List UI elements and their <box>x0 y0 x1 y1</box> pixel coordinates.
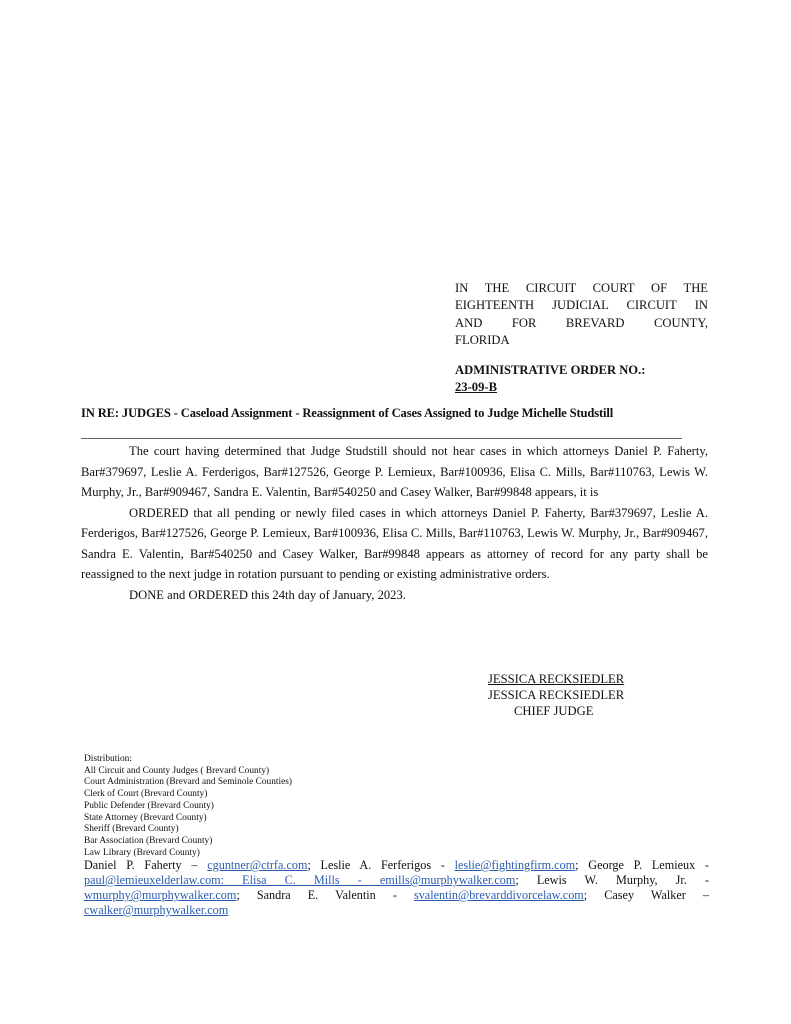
distribution-item: Sheriff (Brevard County) <box>84 824 292 836</box>
distribution-item: Clerk of Court (Brevard County) <box>84 789 292 801</box>
distribution-heading: Distribution: <box>84 754 292 766</box>
distribution-item: Court Administration (Brevard and Semino… <box>84 777 292 789</box>
contact-text: ; Casey Walker – <box>584 888 709 902</box>
court-caption: IN THE CIRCUIT COURT OF THE EIGHTEENTH J… <box>455 280 708 349</box>
signature-block: JESSICA RECKSIEDLER JESSICA RECKSIEDLER … <box>488 671 624 719</box>
order-label: ADMINISTRATIVE ORDER NO.: <box>455 363 645 377</box>
email-link-faherty[interactable]: cguntner@ctrfa.com <box>207 858 307 872</box>
email-link-murphy[interactable]: wmurphy@murphywalker.com <box>84 888 236 902</box>
in-re-heading: IN RE: JUDGES - Caseload Assignment - Re… <box>81 406 721 421</box>
contact-text: Daniel P. Faherty – <box>84 858 207 872</box>
order-body: The court having determined that Judge S… <box>81 441 708 605</box>
attorney-contacts: Daniel P. Faherty – cguntner@ctrfa.com; … <box>84 858 709 918</box>
email-link-lemieux-mills[interactable]: paul@lemieuxelderlaw.com: Elisa C. Mills… <box>84 873 515 887</box>
order-number: 23-09-B <box>455 379 645 396</box>
distribution-item: State Attorney (Brevard County) <box>84 813 292 825</box>
signed-name: JESSICA RECKSIEDLER <box>488 671 624 687</box>
body-paragraph-determination: The court having determined that Judge S… <box>81 441 708 503</box>
caption-line: FLORIDA <box>455 332 708 349</box>
email-link-ferderigos[interactable]: leslie@fightingfirm.com <box>455 858 576 872</box>
printed-name: JESSICA RECKSIEDLER <box>488 687 624 703</box>
distribution-list: Distribution: All Circuit and County Jud… <box>84 754 292 859</box>
distribution-item: Public Defender (Brevard County) <box>84 801 292 813</box>
email-link-valentin[interactable]: svalentin@brevarddivorcelaw.com <box>414 888 584 902</box>
body-paragraph-ordered: ORDERED that all pending or newly filed … <box>81 503 708 585</box>
distribution-item: All Circuit and County Judges ( Brevard … <box>84 766 292 778</box>
body-paragraph-done: DONE and ORDERED this 24th day of Januar… <box>81 585 708 606</box>
contact-text: ; Lewis W. Murphy, Jr. - <box>515 873 709 887</box>
caption-line: EIGHTEENTH JUDICIAL CIRCUIT IN <box>455 297 708 314</box>
judge-title: CHIEF JUDGE <box>488 703 624 719</box>
separator-rule <box>81 438 682 439</box>
contact-text: ; Leslie A. Ferferigos - <box>307 858 454 872</box>
caption-line: AND FOR BREVARD COUNTY, <box>455 315 708 332</box>
contact-text: ; Sandra E. Valentin - <box>236 888 414 902</box>
email-link-walker[interactable]: cwalker@murphywalker.com <box>84 903 228 917</box>
contact-text: ; George P. Lemieux - <box>575 858 709 872</box>
distribution-item: Bar Association (Brevard County) <box>84 836 292 848</box>
caption-line: IN THE CIRCUIT COURT OF THE <box>455 280 708 297</box>
administrative-order-number: ADMINISTRATIVE ORDER NO.: 23-09-B <box>455 362 645 396</box>
